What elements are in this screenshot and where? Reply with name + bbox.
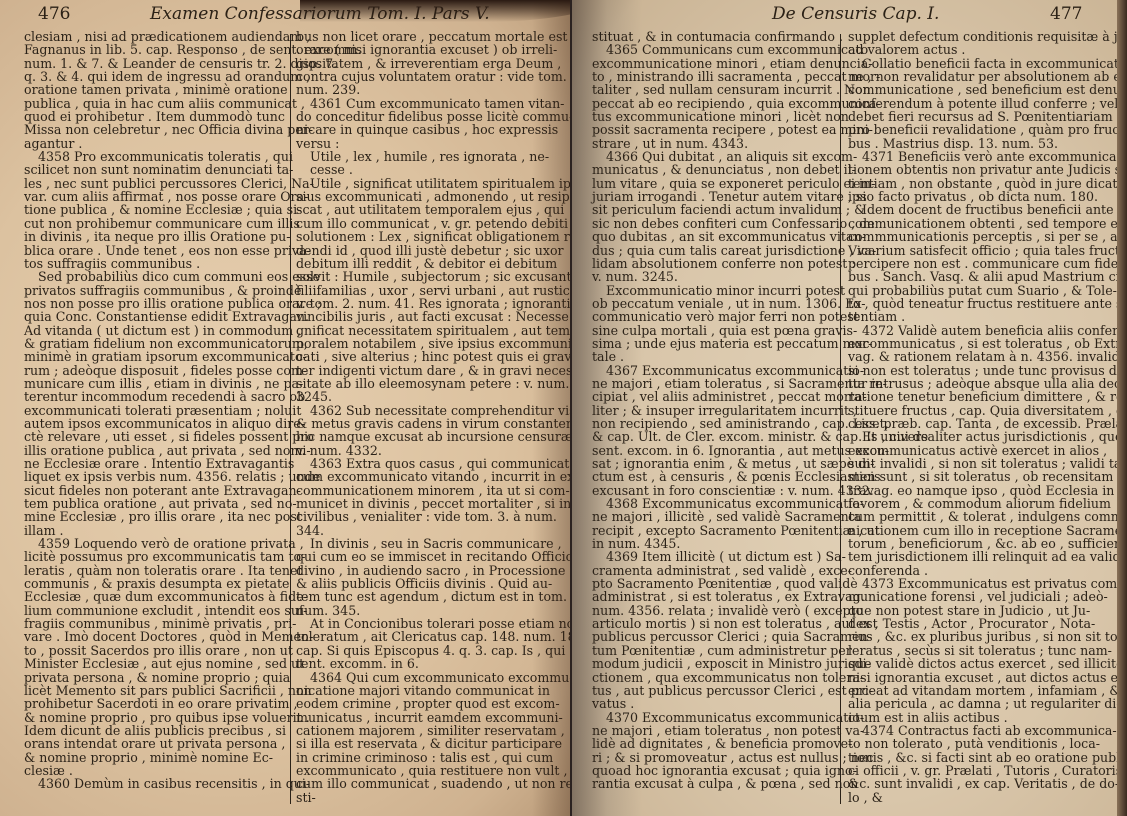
- text-line: 4367 Excommunicatus excommunicatio-: [592, 364, 852, 377]
- text-line: excusant in foro conscientiæ : v. num. 4…: [592, 484, 852, 497]
- text-line: excommunicatus activè exercet in alios ,: [848, 444, 1116, 457]
- text-line: 4369 Item illicitè ( ut dictum est ) Sa-: [592, 550, 852, 563]
- text-line: bus . Sanch. Vasq. & alii apud Mastrium …: [848, 270, 1116, 283]
- text-line: administrat , si est toleratus , ex Extr…: [592, 590, 852, 603]
- text-line: quoad hoc ignorantia excusat ; quia igno…: [592, 764, 852, 777]
- text-line: cut non prohibemur communicare cum illis: [24, 217, 286, 230]
- text-line: articulo mortis ) si non est toleratus ,…: [592, 617, 852, 630]
- text-line: var. cum aliis affirmat , nos posse orar…: [24, 190, 286, 203]
- text-line: alia pericula , ac damna ; ut regularite…: [848, 697, 1116, 710]
- text-line: v. num. 4332.: [296, 444, 558, 457]
- text-line: tem publica oratione , aut privata , sed…: [24, 497, 286, 510]
- text-line: quia Conc. Constantiense edidit Extravag…: [24, 310, 286, 323]
- left-page: 476 Examen Confessariorum Tom. I. Pars V…: [0, 0, 572, 816]
- page-number-right: 477: [1050, 4, 1082, 24]
- text-line: Ecclesiæ , quæ dum excommunicatos à fide…: [24, 590, 286, 603]
- text-line: qui probabiliùs putat cum Suario , & Tol…: [848, 284, 1116, 297]
- text-line: In divinis , seu in Sacris communicare ,: [296, 537, 558, 550]
- text-line: cum excommunicato vitando , incurrit in …: [296, 470, 558, 483]
- text-line: ne majori , etiam toleratus , si Sacrame…: [592, 377, 852, 390]
- text-line: 4365 Communicans cum excommunicato: [592, 43, 852, 56]
- text-line: clesiam , nisi ad prædicationem audienda…: [24, 30, 286, 43]
- text-line: ne majori , illicitè , sed validè Sacram…: [592, 510, 852, 523]
- text-line: tur intrusus ; adeòque absque ulla alia …: [848, 377, 1116, 390]
- text-line: quo dubitas , an sit excommunicatus vita…: [592, 230, 852, 243]
- text-line: 4372 Validè autem beneficia aliis confer…: [848, 324, 1116, 337]
- text-line: autem ipsos excommunicatos in aliquo dir…: [24, 417, 286, 430]
- text-line: sic non debes confiteri cum Confessario …: [592, 217, 852, 230]
- text-line: ctè relevare , uti esset , si fideles po…: [24, 430, 286, 443]
- column-rule-left: [290, 34, 291, 804]
- text-line: 4368 Excommunicatus excommunicatio-: [592, 497, 852, 510]
- text-line: bus non licet orare , peccatum mortale e…: [296, 30, 558, 43]
- text-line: cati , sive alterius ; hinc potest quis …: [296, 350, 558, 363]
- text-line: tionem obtentis non privatur ante Judici…: [848, 163, 1116, 176]
- text-line: & cap. Ult. de Cler. excom. ministr. & c…: [592, 430, 852, 443]
- text-line: tione publica , & nomine Ecclesiæ ; quia…: [24, 203, 286, 216]
- text-line: 4360 Demùm in casibus recensitis , in qu…: [24, 777, 286, 790]
- text-line: tionis , &c. si facti sint ab eo oration…: [848, 751, 1116, 764]
- text-line: terentur incommodum recedendi à sacro ob: [24, 390, 286, 403]
- text-line: privata persona , & nomine proprio ; qui…: [24, 671, 286, 684]
- text-line: travag. eo namque ipso , quòd Ecclesia i…: [848, 484, 1116, 497]
- text-line: toleratum , ait Clericatus cap. 148. num…: [296, 630, 558, 643]
- text-line: percipere non est . communicare cum fide…: [848, 257, 1116, 270]
- text-line: tem tunc est agendum , dictum est in tom…: [296, 590, 558, 603]
- text-line: & nomine proprio , pro quibus ipse volue…: [24, 711, 286, 724]
- text-line: ne , non revalidatur per absolutionem ab…: [848, 70, 1116, 83]
- text-line: in divinis , ita neque pro illis Oration…: [24, 230, 286, 243]
- text-line: excommunicato , quia restituere non vult…: [296, 764, 558, 777]
- text-line: cipiat , vel aliis administret , peccat …: [592, 390, 852, 403]
- text-line: lo , &: [848, 791, 1116, 804]
- text-line: eodem crimine , propter quod est excom-: [296, 697, 558, 710]
- text-line: rius , &c. ex pluribus juribus , si non …: [848, 630, 1116, 643]
- text-line: solutionem : Lex , significat obligation…: [296, 230, 558, 243]
- text-line: sine culpa mortali , quia est pœna gravi…: [592, 324, 852, 337]
- text-line: municatus , incurrit eamdem excommuni-: [296, 711, 558, 724]
- text-line: excommunicati tolerati præsentiam ; nolu…: [24, 404, 286, 417]
- text-line: divino , in audiendo sacro , in Processi…: [296, 564, 558, 577]
- text-line: erceat ad vitandam mortem , infamiam , &: [848, 684, 1116, 697]
- text-line: ctum est , à censuris , & pœnis Ecclesia…: [592, 470, 852, 483]
- text-line: tentiam , non obstante , quòd in jure di…: [848, 177, 1116, 190]
- text-line: qui cum eo se immiscet in recitando Offi…: [296, 550, 558, 563]
- text-line: Collatio beneficii facta in excommunicat…: [848, 57, 1116, 70]
- text-line: sicut fideles non poterant ante Extravag…: [24, 484, 286, 497]
- text-line: rum ; adeòque disposuit , fideles posse …: [24, 364, 286, 377]
- text-line: agantur .: [24, 137, 286, 150]
- text-line: tus excommunicatione minori , licèt non: [592, 110, 852, 123]
- text-line: num. 4356. relata ; invalidè verò ( exce…: [592, 604, 852, 617]
- text-line: clesiæ .: [24, 764, 286, 777]
- text-line: Missa non celebretur , nec Officia divin…: [24, 123, 286, 136]
- left-page-column-2: bus non licet orare , peccatum mortale e…: [296, 30, 558, 804]
- text-line: lidè ad dignitates , & beneficia promove…: [592, 737, 852, 750]
- text-line: lium communione excludit , intendit eos …: [24, 604, 286, 617]
- text-line: in num. 4345.: [592, 537, 852, 550]
- text-line: conferendum à potente illud conferre ; v…: [848, 97, 1116, 110]
- text-line: municet in divinis , peccet mortaliter ,…: [296, 497, 558, 510]
- text-line: conferenda .: [848, 564, 1116, 577]
- text-line: vare . Imò docent Doctores , quòd in Mem…: [24, 630, 286, 643]
- text-line: sius excommunicati , admonendo , ut resi…: [296, 190, 558, 203]
- text-line: illis oratione publica , aut privata , s…: [24, 444, 286, 457]
- text-line: tum Pœnitentiæ , cum administretur per: [592, 644, 852, 657]
- text-line: ter indigenti victum dare , & in gravi n…: [296, 364, 558, 377]
- text-line: licèt Memento sit pars publici Sacrifici…: [24, 684, 286, 697]
- page-number-left: 476: [38, 4, 70, 24]
- text-line: 4366 Qui dubitat , an aliquis sit excom-: [592, 150, 852, 163]
- text-line: 3245.: [296, 390, 558, 403]
- text-line: lum vitare , quia se exponeret periculo …: [592, 177, 852, 190]
- text-line: leratus , secùs si sit toleratus ; tunc …: [848, 644, 1116, 657]
- text-line: supplet defectum conditionis requisitæ à…: [848, 30, 1116, 43]
- text-line: liter ; & insuper irregularitatem incurr…: [592, 404, 852, 417]
- text-line: taliter , sed nullam censuram incurrit .…: [592, 83, 852, 96]
- text-line: in crimine criminoso : talis est , qui c…: [296, 751, 558, 764]
- text-line: scilicet non sunt nominatim denunciati t…: [24, 163, 286, 176]
- text-line: ne majori , etiam toleratus , non potest…: [592, 724, 852, 737]
- text-line: communis , & praxis desumpta ex pietate: [24, 577, 286, 590]
- text-line: 4358 Pro excommunicatis toleratis , qui: [24, 150, 286, 163]
- text-line: mine Ecclesiæ , pro illis orare , ita ne…: [24, 510, 286, 523]
- text-line: publica , quia in hac cum aliis communic…: [24, 97, 286, 110]
- book-spread: 476 Examen Confessariorum Tom. I. Pars V…: [0, 0, 1127, 816]
- text-line: Utile , significat utilitatem spirituale…: [296, 177, 558, 190]
- text-line: communicatione , sed beneficium est denu…: [848, 83, 1116, 96]
- text-line: cum permittit , & tolerat , indulgens co…: [848, 510, 1116, 523]
- text-line: gnificat necessitatem spiritualem , aut …: [296, 324, 558, 337]
- text-line: quod ei prohibetur . Item dummodò tunc: [24, 110, 286, 123]
- text-line: communicationem obtenti , sed tempore ex…: [848, 217, 1116, 230]
- text-line: municatus , & denunciatus , non debet il…: [592, 163, 852, 176]
- text-line: ri ; & si promoveatur , actus est nullus…: [592, 751, 852, 764]
- text-line: v. num. 3245.: [592, 270, 852, 283]
- text-line: nicatione majori vitando communicat in: [296, 684, 558, 697]
- text-line: dus ; quia cum talis careat jurisdiction…: [592, 244, 852, 257]
- text-line: 4362 Sub necessitate comprehenditur vis …: [296, 404, 558, 417]
- text-line: to , possit Sacerdos pro illis orare , n…: [24, 644, 286, 657]
- text-line: cum illo communicat , v. gr. petendo deb…: [296, 217, 558, 230]
- text-line: communicatio verò major ferri non potest: [592, 310, 852, 323]
- text-line: q. 3. & 4. qui idem de ingressu ad orand…: [24, 70, 286, 83]
- text-line: 4359 Loquendo verò de oratione privata ,: [24, 537, 286, 550]
- text-line: municare cum illis , etiam in divinis , …: [24, 377, 286, 390]
- text-line: dex , Testis , Actor , Procurator , Nota…: [848, 617, 1116, 630]
- text-line: juriam irrogandi . Tenetur autem vitare …: [592, 190, 852, 203]
- text-line: tent. excomm. in 6.: [296, 657, 558, 670]
- text-line: 4371 Beneficiis verò ante excommunica-: [848, 150, 1116, 163]
- text-line: lidam absolutionem conferre non potest :: [592, 257, 852, 270]
- text-line: v. tom. 2. num. 41. Res ignorata ; ignor…: [296, 297, 558, 310]
- text-line: communicationem minorem , ita ut si com-: [296, 484, 558, 497]
- text-line: cum illo communicat , suadendo , ut non …: [296, 777, 558, 790]
- text-line: minimè in gratiam ipsorum excommunicato-: [24, 350, 286, 363]
- text-line: Fagnanus in lib. 5. cap. Responso , de s…: [24, 43, 286, 56]
- text-line: 4364 Qui cum excommunicato excommu-: [296, 671, 558, 684]
- text-line: &c. sunt invalidi , ex cap. Veritatis , …: [848, 777, 1116, 790]
- text-line: liquet ex ipsis verbis num. 4356. relati…: [24, 470, 286, 483]
- text-line: solvit : Humile , subjectorum ; sic excu…: [296, 270, 558, 283]
- text-line: que validè dictos actus exercet , sed il…: [848, 657, 1116, 670]
- text-line: sent. excom. in 6. Ignorantia , aut metu…: [592, 444, 852, 457]
- text-line: 4373 Excommunicatus est privatus com-: [848, 577, 1116, 590]
- text-line: & aliis publicis Officiis divinis . Quid…: [296, 577, 558, 590]
- text-line: debet fieri recursus ad S. Pœnitentiaria…: [848, 110, 1116, 123]
- text-line: publicus percussor Clerici ; quia Sacram…: [592, 630, 852, 643]
- text-line: sunt invalidi , si non sit toleratus ; v…: [848, 457, 1116, 470]
- text-line: torum , beneficiorum , &c. ab eo , suffi…: [848, 537, 1116, 550]
- text-line: to , ministrando illi sacramenta , pecca…: [592, 70, 852, 83]
- running-head-right: De Censuris Cap. I.: [772, 4, 939, 26]
- text-line: vag. & rationem relatam à n. 4356. inval…: [848, 350, 1116, 363]
- text-line: blica orare . Unde tenet , eos non esse …: [24, 244, 286, 257]
- text-line: sit periculum faciendi actum invalidum ;…: [592, 203, 852, 216]
- text-line: excommunicatione minori , etiam denuncia…: [592, 57, 852, 70]
- text-line: vatus .: [592, 697, 852, 710]
- text-line: modum judicii , exposcit in Ministro jur…: [592, 657, 852, 670]
- text-line: non recipiendo , sed aministrando , cap.…: [592, 417, 852, 430]
- text-line: ob peccatum veniale , ut in num. 1306. E…: [592, 297, 852, 310]
- text-line: Excommunicatio minor incurri potest: [592, 284, 852, 297]
- text-line: commmunicationis perceptis , si per se ,…: [848, 230, 1116, 243]
- text-line: sti-: [296, 791, 558, 804]
- text-line: Ad vitanda ( ut dictum est ) in commodum…: [24, 324, 286, 337]
- text-line: tos suffragiis communibus .: [24, 257, 286, 270]
- text-line: cationem majorem , similiter reservatam …: [296, 724, 558, 737]
- text-line: orare ( nisi ignorantia excuset ) ob irr…: [296, 43, 558, 56]
- text-line: ipso facto privatus , ob dicta num. 180.: [848, 190, 1116, 203]
- text-line: tale .: [592, 350, 852, 363]
- text-line: orans intendat orare ut privata persona …: [24, 737, 286, 750]
- text-line: scat , aut utilitatem temporalem ejus , …: [296, 203, 558, 216]
- text-line: nicare in quinque casibus , hoc expressi…: [296, 123, 558, 136]
- text-line: cesse .: [296, 163, 558, 176]
- text-line: to , quòd teneatur fructus restituere an…: [848, 297, 1116, 310]
- text-line: leratis , quàm non toleratis orare . Ita…: [24, 564, 286, 577]
- text-line: vincibilis juris , aut facti excusat : N…: [296, 310, 558, 323]
- text-line: poralem notabilem , sive ipsius excommun…: [296, 337, 558, 350]
- text-line: pto Sacramento Pœnitentiæ , quod validè: [592, 577, 852, 590]
- text-line: filiifamilias , uxor , servi urbani , au…: [296, 284, 558, 297]
- text-line: num. 239.: [296, 83, 558, 96]
- text-line: Idem dicunt de aliis publicis precibus ,…: [24, 724, 286, 737]
- text-line: tentiam .: [848, 310, 1116, 323]
- right-page-column-2: supplet defectum conditionis requisitæ à…: [848, 30, 1116, 804]
- text-line: ci officii , v. gr. Prælati , Tutoris , …: [848, 764, 1116, 777]
- text-line: nos non posse pro illis oratione publica…: [24, 297, 286, 310]
- right-page-column-1: stituat , & in contumacia confirmando .4…: [592, 30, 852, 791]
- text-line: Idem docent de fructibus beneficii ante …: [848, 203, 1116, 216]
- text-line: possit sacramenta recipere , potest ea m…: [592, 123, 852, 136]
- text-line: Et universaliter actus jurisdictionis , …: [848, 430, 1116, 443]
- text-line: stituere fructus , cap. Quia diversitate…: [848, 404, 1116, 417]
- text-line: sitate ab illo eleemosynam petere : v. n…: [296, 377, 558, 390]
- text-line: 4370 Excommunicatus excommunicatio-: [592, 711, 852, 724]
- text-line: licitè possumus pro excommunicatis tam t…: [24, 550, 286, 563]
- text-line: Minister Ecclesiæ , aut ejus nomine , se…: [24, 657, 286, 670]
- text-line: recipit , excepto Sacramento Pœnitentiæ …: [592, 524, 852, 537]
- text-line: si non est toleratus ; unde tunc provisu…: [848, 364, 1116, 377]
- left-page-column-1: clesiam , nisi ad prædicationem audienda…: [24, 30, 286, 791]
- text-line: rantia excusat à culpa , & pœna , sed no…: [592, 777, 852, 790]
- text-line: civilibus , venialiter : vide tom. 3. à …: [296, 510, 558, 523]
- text-line: tus , aut publicus percussor Clerici , e…: [592, 684, 852, 697]
- text-line: peccat ab eo recipiendo , quia excommuni…: [592, 97, 852, 110]
- column-rule-right: [840, 34, 841, 804]
- text-line: num. 1. & 7. & Leander de censuris tr. 2…: [24, 57, 286, 70]
- text-line: excommunicatus , si est toleratus , ob E…: [848, 337, 1116, 350]
- text-line: illam .: [24, 524, 286, 537]
- text-line: bus . Mastrius disp. 13. num. 53.: [848, 137, 1116, 150]
- text-line: ratione tenetur beneficium dimittere , &…: [848, 390, 1116, 403]
- right-page: De Censuris Cap. I. 477 stituat , & in c…: [572, 0, 1127, 816]
- text-line: cramenta administrat , sed validè , exce…: [592, 564, 852, 577]
- text-line: prohibetur Sacerdoti in eo orare privati…: [24, 697, 286, 710]
- text-line: fragiis communibus , minimè privatis , p…: [24, 617, 286, 630]
- text-line: dendi id , quod illi justè debetur ; sic…: [296, 244, 558, 257]
- text-line: nisi ignorantia excuset , aut dictos act…: [848, 671, 1116, 684]
- text-line: Vicarium satisfecit officio ; quia tales…: [848, 244, 1116, 257]
- text-line: & metus gravis cadens in virum constante…: [296, 417, 558, 430]
- text-line: 4361 Cum excommunicato tamen vitan-: [296, 97, 558, 110]
- text-line: pro beneficii revalidatione , quàm pro f…: [848, 123, 1116, 136]
- text-line: hic namque excusat ab incursione censuræ…: [296, 430, 558, 443]
- text-line: & gratiam fidelium non excommunicatorum,: [24, 337, 286, 350]
- text-line: Utile , lex , humile , res ignorata , ne…: [296, 150, 558, 163]
- text-line: 4374 Contractus facti ab excommunica-: [848, 724, 1116, 737]
- text-line: strare , ut in num. 4343.: [592, 137, 852, 150]
- text-line: Sed probabiliùs dico cum communi eos ess…: [24, 270, 286, 283]
- text-line: cap. Si quis Episcopus 4. q. 3. cap. Is …: [296, 644, 558, 657]
- text-line: sima ; unde ejus materia est peccatum mo…: [592, 337, 852, 350]
- text-line: num. 345.: [296, 604, 558, 617]
- text-line: stituat , & in contumacia confirmando .: [592, 30, 852, 43]
- text-line: At in Concionibus tolerari posse etiam n…: [296, 617, 558, 630]
- text-line: men sunt , si sit toleratus , ob recensi…: [848, 470, 1116, 483]
- text-line: 344.: [296, 524, 558, 537]
- text-line: 4363 Extra quos casus , qui communicat: [296, 457, 558, 470]
- text-line: do conceditur fidelibus posse licitè com…: [296, 110, 558, 123]
- text-line: & nomine proprio , minimè nomine Ec-: [24, 751, 286, 764]
- text-line: que non potest stare in Judicio , ut Ju-: [848, 604, 1116, 617]
- text-line: favorem , & commodum aliorum fidelium: [848, 497, 1116, 510]
- page-edge: [1117, 0, 1127, 816]
- text-line: ad valorem actus .: [848, 43, 1116, 56]
- text-line: les , nec sunt publici percussores Cleri…: [24, 177, 286, 190]
- text-line: debitum illi reddit , & debitor ei debit…: [296, 257, 558, 270]
- text-line: sat ; ignorantia enim , & metus , ut sæp…: [592, 457, 852, 470]
- text-line: ctionem , qua excommunicatus non tolera-: [592, 671, 852, 684]
- text-line: ctum est in aliis actibus .: [848, 711, 1116, 724]
- text-line: si illa est reservata , & dicitur partic…: [296, 737, 558, 750]
- text-line: oratione tamen privata , minimè oratione: [24, 83, 286, 96]
- text-line: tem jurisdictionem illi relinquit ad ea …: [848, 550, 1116, 563]
- text-line: nicationem cum illo in receptione Sacram…: [848, 524, 1116, 537]
- text-line: to non tolerato , putà venditionis , loc…: [848, 737, 1116, 750]
- text-line: versu :: [296, 137, 558, 150]
- text-line: contra cujus voluntatem oratur : vide to…: [296, 70, 558, 83]
- text-line: privatos suffragiis communibus , & proin…: [24, 284, 286, 297]
- text-line: cess. præb. cap. Tanta , de excessib. Pr…: [848, 417, 1116, 430]
- text-line: giositatem , & irreverentiam erga Deum ,: [296, 57, 558, 70]
- text-line: ne Ecclesiæ orare . Intentio Extravagant…: [24, 457, 286, 470]
- text-line: municatione forensi , vel judiciali ; ad…: [848, 590, 1116, 603]
